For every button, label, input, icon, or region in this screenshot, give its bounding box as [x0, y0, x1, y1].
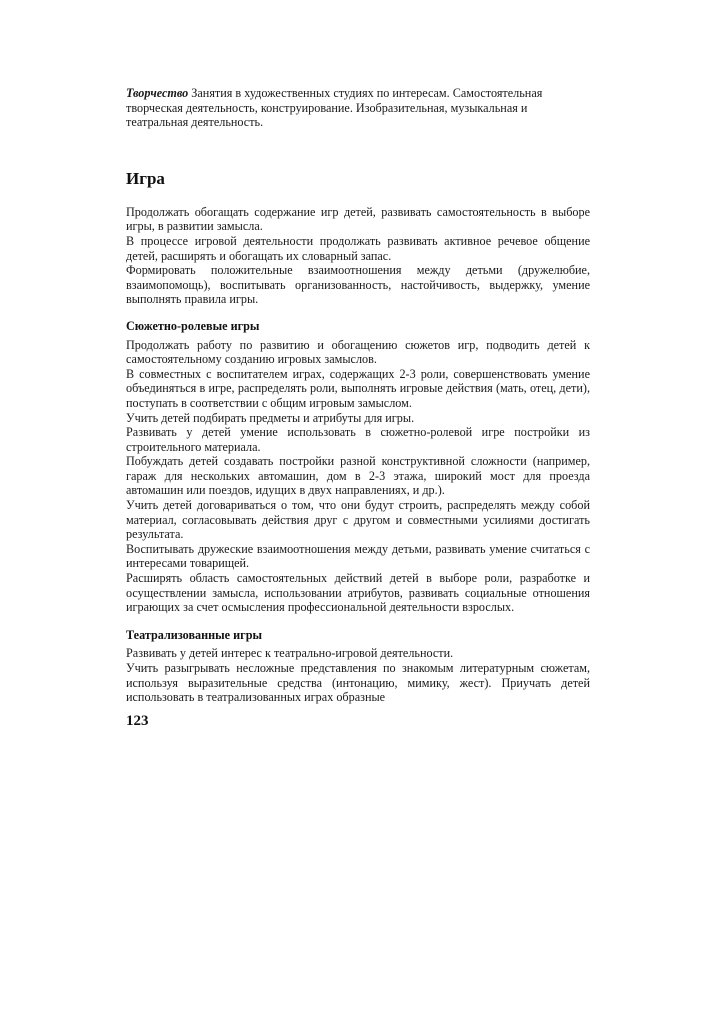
subsection-paragraph: Продолжать работу по развитию и обогащен… — [126, 338, 590, 367]
intro-paragraph: Творчество Занятия в художественных студ… — [126, 86, 590, 130]
section-paragraph: Формировать положительные взаимоотношени… — [126, 263, 590, 307]
subsection-paragraph: Развивать у детей умение использовать в … — [126, 425, 590, 454]
subsection-paragraph: Учить детей договариваться о том, что он… — [126, 498, 590, 542]
section-paragraph: В процессе игровой деятельности продолжа… — [126, 234, 590, 263]
document-page: Творчество Занятия в художественных студ… — [126, 86, 590, 730]
subsection-paragraph: Учить детей подбирать предметы и атрибут… — [126, 411, 590, 426]
subsection-paragraph: Побуждать детей создавать постройки разн… — [126, 454, 590, 498]
section-title: Игра — [126, 169, 590, 189]
subsection-paragraph: Воспитывать дружеские взаимоотношения ме… — [126, 542, 590, 571]
intro-term: Творчество — [126, 86, 188, 100]
intro-text: Занятия в художественных студиях по инте… — [126, 86, 542, 129]
subsection-paragraph: Расширять область самостоятельных действ… — [126, 571, 590, 615]
page-number: 123 — [126, 712, 590, 730]
subsection-title-role-play: Сюжетно-ролевые игры — [126, 319, 590, 334]
subsection-paragraph: Развивать у детей интерес к театрально-и… — [126, 646, 590, 661]
subsection-paragraph: В совместных с воспитателем играх, содер… — [126, 367, 590, 411]
subsection-title-theatrical: Театрализованные игры — [126, 628, 590, 643]
subsection-paragraph: Учить разыгрывать несложные представлени… — [126, 661, 590, 705]
section-paragraph: Продолжать обогащать содержание игр дете… — [126, 205, 590, 234]
